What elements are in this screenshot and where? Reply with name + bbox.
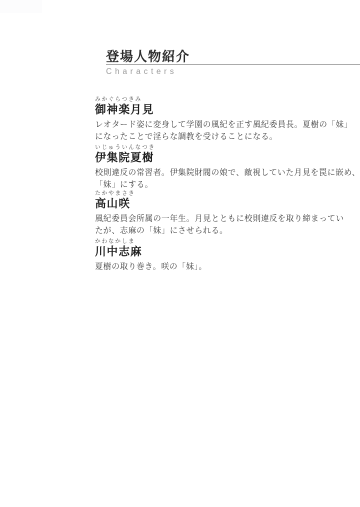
character-furigana: みかぐらつきみ xyxy=(95,97,352,104)
character-description: 風紀委員会所属の一年生。月見とともに校則違反を取り締まってい たが、志麻の「妹」… xyxy=(95,213,344,236)
character-entry: いじゅういんなつき 伊集院夏樹 校則違反の常習者。伊集院財閥の娘で、敵視していた… xyxy=(95,145,360,190)
page-title: 登場人物紹介 xyxy=(106,46,190,65)
character-description-line: 風紀委員会所属の一年生。月見とともに校則違反を取り締まってい xyxy=(95,213,344,225)
character-name: 川中志麻 xyxy=(95,246,207,259)
character-description: レオタード姿に変身して学園の風紀を正す風紀委員長。夏樹の「妹」 になったことで淫… xyxy=(95,119,352,142)
character-entry: かわなかしま 川中志麻 夏樹の取り巻き。咲の「妹」。 xyxy=(95,239,207,273)
character-entry: みかぐらつきみ 御神楽月見 レオタード姿に変身して学園の風紀を正す風紀委員長。夏… xyxy=(95,97,352,142)
character-description: 夏樹の取り巻き。咲の「妹」。 xyxy=(95,261,207,273)
character-furigana: かわなかしま xyxy=(95,239,207,246)
character-furigana: たかやまさき xyxy=(95,191,344,198)
page-subtitle: Characters xyxy=(106,67,177,76)
character-description-line: 校則違反の常習者。伊集院財閥の娘で、敵視していた月見を罠に嵌め、 xyxy=(95,167,360,179)
character-name: 御神楽月見 xyxy=(95,104,352,117)
character-description-line: 夏樹の取り巻き。咲の「妹」。 xyxy=(95,261,207,273)
character-furigana: いじゅういんなつき xyxy=(95,145,360,152)
character-name: 伊集院夏樹 xyxy=(95,152,360,165)
book-page: 登場人物紹介 Characters みかぐらつきみ 御神楽月見 レオタード姿に変… xyxy=(0,0,360,507)
character-description: 校則違反の常習者。伊集院財閥の娘で、敵視していた月見を罠に嵌め、 「妹」にする。 xyxy=(95,167,360,190)
character-description-line: 「妹」にする。 xyxy=(95,179,360,191)
character-description-line: レオタード姿に変身して学園の風紀を正す風紀委員長。夏樹の「妹」 xyxy=(95,119,352,131)
header-rule xyxy=(106,64,360,65)
character-entry: たかやまさき 高山咲 風紀委員会所属の一年生。月見とともに校則違反を取り締まって… xyxy=(95,191,344,236)
character-description-line: たが、志麻の「妹」にさせられる。 xyxy=(95,225,344,237)
character-description-line: になったことで淫らな調教を受けることになる。 xyxy=(95,131,352,143)
scan-artifact xyxy=(0,0,42,13)
character-name: 高山咲 xyxy=(95,198,344,211)
